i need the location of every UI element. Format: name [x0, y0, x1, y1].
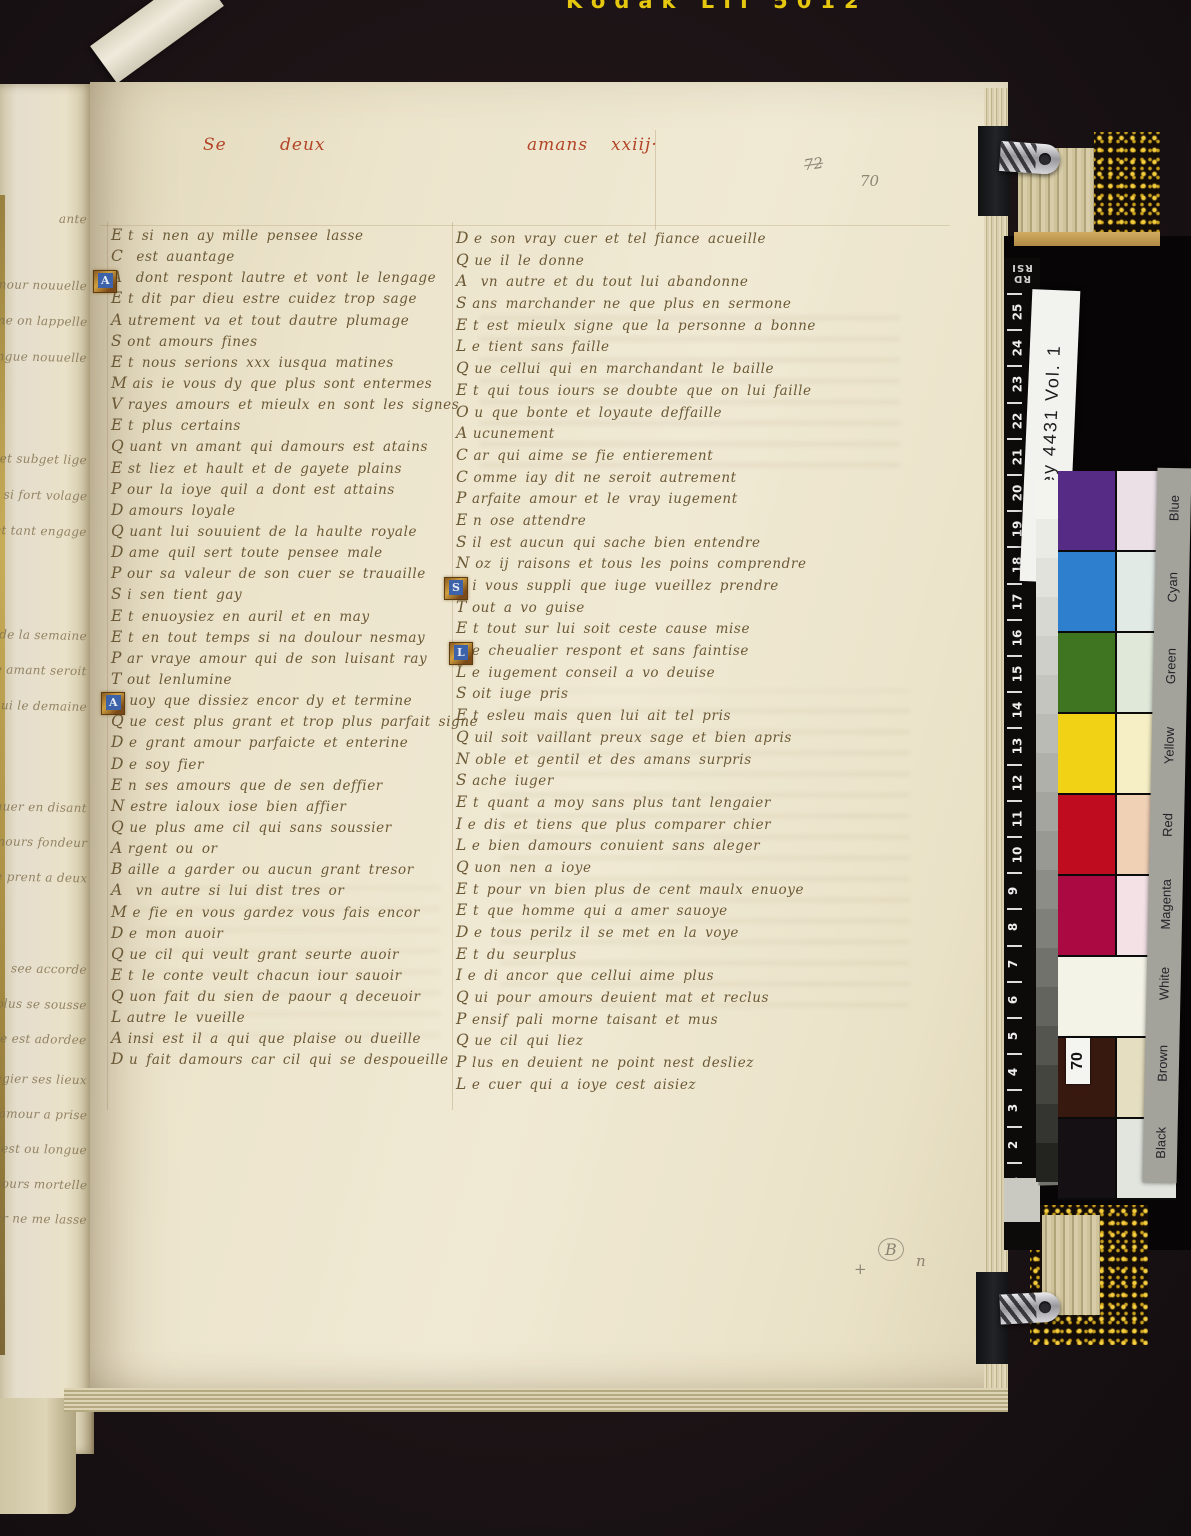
patch-name: Black [1143, 1103, 1179, 1183]
verse-line: Soit iuge pris [456, 684, 956, 706]
verse-line: Que cellui qui en marchandant le baille [456, 359, 956, 381]
verse-line: Quon nen a ioye [456, 858, 956, 880]
verse-line: C est auantage [111, 247, 483, 268]
ruler-tick-line [1007, 365, 1022, 367]
gray-step [1036, 597, 1058, 636]
verse-line: Nestre ialoux iose bien affier [111, 797, 483, 818]
verse-line: Et que homme qui a amer sauoye [456, 901, 956, 923]
verse-line: Pour la ioye quil a dont est attains [111, 480, 483, 501]
text-column-left: Et si nen ay mille pensee lasseC est aua… [111, 226, 483, 1072]
patch-name: Magenta [1148, 865, 1184, 945]
gray-step [1036, 792, 1058, 831]
ruler-tick-line [1007, 474, 1022, 476]
verse-line: Ie dis et tiens que plus comparer chier [456, 815, 956, 837]
verse-line: Vrayes amours et mieulx en sont les sign… [111, 395, 483, 416]
verse-line: Si vous suppli que iuge vueillez prendre [456, 576, 956, 598]
book-fore-edge [0, 1398, 76, 1514]
folio-number-label: 70 [1066, 1038, 1090, 1084]
verse-line: Que il le donne [456, 251, 956, 273]
verse-line: De mon auoir [111, 924, 483, 945]
verse-line: Dame quil sert toute pensee male [111, 543, 483, 564]
film-edge-text: Kodak LII 5012 [566, 0, 868, 13]
verse-line: Quon fait du sien de paour q deceuoir [111, 987, 483, 1008]
gray-step [1036, 1065, 1058, 1104]
verse-line: Et en tout temps si na doulour nesmay [111, 628, 483, 649]
verse-line: Car qui aime se fie entierement [456, 446, 956, 468]
verse-line: Et nous serions xxx iusqua matines [111, 353, 483, 374]
color-patch [1058, 633, 1117, 712]
ruler-tick-line [1007, 872, 1022, 874]
ruler-tick-line [1007, 691, 1022, 693]
verse-line: Mais ie vous dy que plus sont entermes [111, 374, 483, 395]
verse-line: Est liez et hault et de gayete plains [111, 459, 483, 480]
verse-line: Et est mieulx signe que la personne a bo… [456, 316, 956, 338]
color-patch [1058, 795, 1117, 874]
verse-line: A dont respont lautre et vont le lengage [111, 268, 483, 289]
verse-line: Aucunement [456, 424, 956, 446]
verse-line: Pour sa valeur de son cuer se trauaille [111, 564, 483, 585]
ruling-line [107, 222, 108, 1110]
patch-name: White [1146, 944, 1182, 1024]
ruler-tick-line [1007, 1162, 1022, 1164]
verse-line: De tous perilz il se met en la voye [456, 923, 956, 945]
ruler-tick-line [1007, 655, 1022, 657]
ruler-tick-line [1007, 293, 1022, 295]
binding-band-top [1014, 232, 1160, 246]
gray-step [1036, 558, 1058, 597]
verse-line: Noz ij raisons et tous les poins compren… [456, 554, 956, 576]
verse-line: Et si nen ay mille pensee lasse [111, 226, 483, 247]
ruler-tick-line [1007, 546, 1022, 548]
verse-line: Baille a garder ou aucun grant tresor [111, 860, 483, 881]
verse-line: Et enuoysiez en auril et en may [111, 607, 483, 628]
grayscale-wedge [1036, 480, 1058, 1182]
verse-line: Et du seurplus [456, 945, 956, 967]
verse-line: Pensif pali morne taisant et mus [456, 1010, 956, 1032]
ruler-tick-line [1007, 619, 1022, 621]
verse-line: Par vraye amour qui de son luisant ray [111, 649, 483, 670]
patch-name: Green [1153, 626, 1189, 706]
verse-line: Que cil qui liez [456, 1031, 956, 1053]
cloth-bookmark-tab [90, 0, 224, 83]
gray-step [1036, 1104, 1058, 1143]
verse-line: Que plus ame cil qui sans soussier [111, 818, 483, 839]
gray-step [1036, 987, 1058, 1026]
verse-line: Et dit par dieu estre cuidez trop sage [111, 289, 483, 310]
ruler-tick-line [1007, 836, 1022, 838]
verse-line: Parfaite amour et le vray iugement [456, 489, 956, 511]
verse-line: A vn autre si lui dist tres or [111, 881, 483, 902]
gray-step [1036, 1026, 1058, 1065]
facing-page-edge [0, 84, 94, 1454]
gray-step [1036, 480, 1058, 519]
ruler-tick-line [1007, 908, 1022, 910]
patch-name: Red [1149, 785, 1185, 865]
gray-step [1036, 714, 1058, 753]
ruler-tick-line [1007, 1089, 1022, 1091]
running-header-word: xxiij· [611, 135, 658, 155]
color-patch [1058, 876, 1117, 955]
gray-step [1036, 753, 1058, 792]
verse-line: De soy fier [111, 755, 483, 776]
verse-line: Et plus certains [111, 416, 483, 437]
ruler-tick-line [1007, 981, 1022, 983]
verse-line: Damours loyale [111, 501, 483, 522]
verse-line: Le cheualier respont et sans faintise [456, 641, 956, 663]
verse-line: Ie di ancor que cellui aime plus [456, 966, 956, 988]
gray-step [1036, 948, 1058, 987]
ruler-tick-line [1007, 510, 1022, 512]
ruler-tick-line [1007, 1017, 1022, 1019]
gray-step [1036, 870, 1058, 909]
ruler-tick-line [1007, 800, 1022, 802]
ruler-tick-line [1007, 945, 1022, 947]
verse-line: De grant amour parfaicte et enterine [111, 733, 483, 754]
running-header-word: Se [203, 135, 227, 155]
gray-step [1036, 831, 1058, 870]
verse-line: De son vray cuer et tel fiance acueille [456, 229, 956, 251]
verse-line: Et le conte veult chacun iour sauoir [111, 966, 483, 987]
ruler-tick-line [1007, 764, 1022, 766]
running-header-word: amans [527, 135, 588, 155]
ruler-tick-line [1007, 583, 1022, 585]
verse-line: Le iugement conseil a vo deuise [456, 663, 956, 685]
gilt-binding-ornament-top [1094, 132, 1160, 234]
verse-line: Noble et gentil et des amans surpris [456, 750, 956, 772]
gray-step [1036, 636, 1058, 675]
running-header-word: deux [280, 135, 325, 155]
verse-line: A vn autre et du tout lui abandonne [456, 272, 956, 294]
manuscript-photograph: Kodak LII 5012 antes amour nouuelleme on… [0, 0, 1191, 1536]
verse-line: Quil soit vaillant preux sage et bien ap… [456, 728, 956, 750]
color-patch [1058, 552, 1117, 631]
verse-line: Le cuer qui a ioye cest aisiez [456, 1075, 956, 1097]
verse-line: Autrement va et tout dautre plumage [111, 311, 483, 332]
verse-line: Quoy que dissiez encor dy et termine [111, 691, 483, 712]
verse-line: Me fie en vous gardez vous fais encor [111, 903, 483, 924]
ruler-top-text: RD RSI [1002, 262, 1042, 284]
verse-line: Si sen tient gay [111, 585, 483, 606]
gray-step [1036, 909, 1058, 948]
ruler-tick-line [1007, 727, 1022, 729]
verse-line: Que cest plus grant et trop plus parfait… [111, 712, 483, 733]
verse-line: Que cil qui veult grant seurte auoir [111, 945, 483, 966]
verse-line: En ses amours que de sen deffier [111, 776, 483, 797]
text-column-right: De son vray cuer et tel fiance acueilleQ… [456, 229, 956, 1097]
patch-name: Brown [1144, 1023, 1180, 1103]
patch-name: Blue [1156, 468, 1191, 548]
gilt-page-edge [0, 195, 5, 1355]
ruler-tick-line [1007, 1126, 1022, 1128]
patch-name: Cyan [1154, 547, 1190, 627]
verse-line: Qui pour amours deuient mat et reclus [456, 988, 956, 1010]
verse-line: Sache iuger [456, 771, 956, 793]
metal-clip-bottom [999, 1291, 1060, 1324]
verse-line: Sans marchander ne que plus en sermone [456, 294, 956, 316]
verse-line: Ainsi est il a qui que plaise ou dueille [111, 1029, 483, 1050]
ruler-tick-line [1007, 329, 1022, 331]
verse-line: Et tout sur lui soit ceste cause mise [456, 619, 956, 641]
verse-line: Ou que bonte et loyaute deffaille [456, 403, 956, 425]
color-patch [1058, 714, 1117, 793]
verse-line: Quant vn amant qui damours est atains [111, 437, 483, 458]
verse-line: Et quant a moy sans plus tant lengaier [456, 793, 956, 815]
page-block-bottom-edge [64, 1388, 1008, 1412]
ruler-tick-line [1007, 438, 1022, 440]
verse-line: Sont amours fines [111, 332, 483, 353]
verse-line: Le tient sans faille [456, 337, 956, 359]
verse-line: Et esleu mais quen lui ait tel pris [456, 706, 956, 728]
patch-name: Yellow [1151, 706, 1187, 786]
verse-line: Et pour vn bien plus de cent maulx enuoy… [456, 880, 956, 902]
color-patch [1058, 471, 1117, 550]
verse-line: Plus en deuient ne point nest desliez [456, 1053, 956, 1075]
verse-line: Le bien damours conuient sans aleger [456, 836, 956, 858]
verse-line: Lautre le vueille [111, 1008, 483, 1029]
ruler-tick-line [1007, 1053, 1022, 1055]
verse-line: Du fait damours car cil qui se despoueil… [111, 1050, 483, 1071]
verse-line: Et qui tous iours se doubte que on lui f… [456, 381, 956, 403]
verse-line: Sil est aucun qui sache bien entendre [456, 533, 956, 555]
verse-line: Tout lenlumine [111, 670, 483, 691]
gray-step [1036, 675, 1058, 714]
gray-step [1036, 1143, 1058, 1182]
verse-line: En ose attendre [456, 511, 956, 533]
verse-line: Comme iay dit ne seroit autrement [456, 468, 956, 490]
color-patch [1058, 1119, 1117, 1198]
ruler-end-cap [1004, 1178, 1040, 1222]
gray-step [1036, 519, 1058, 558]
ruler-tick-line [1007, 402, 1022, 404]
verse-line: Argent ou or [111, 839, 483, 860]
metal-clip-top [999, 141, 1061, 175]
verse-line: Quant lui souuient de la haulte royale [111, 522, 483, 543]
verse-line: Tout a vo guise [456, 598, 956, 620]
